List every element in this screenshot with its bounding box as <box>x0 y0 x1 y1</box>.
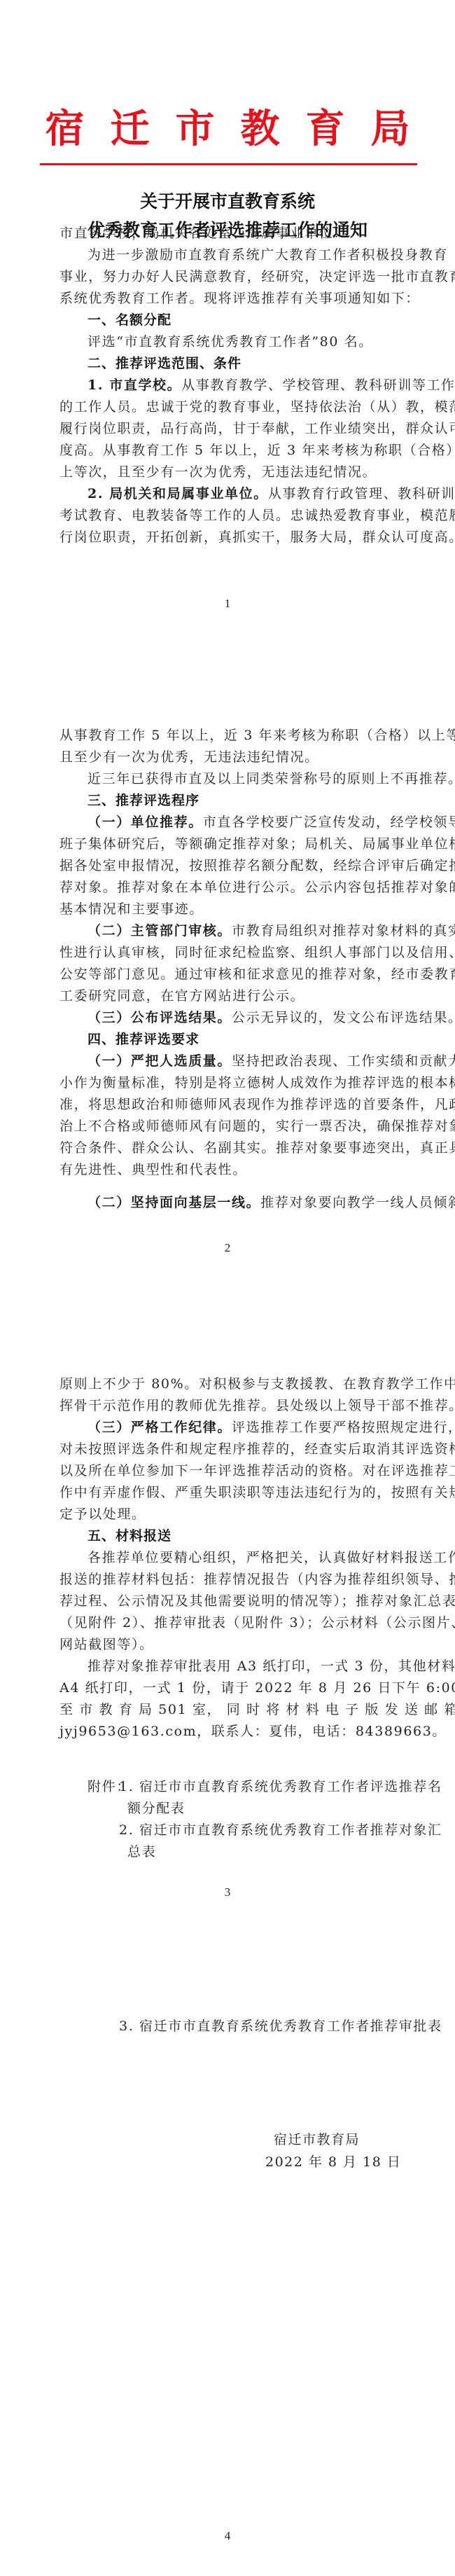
intro-line: 为进一步激励市直教育系统广大教育工作者积极投身教育 <box>87 244 397 266</box>
materials-line: 报送的推荐材料包括：推荐情况报告（内容为推荐组织领导、推 <box>59 1569 397 1591</box>
quota-text: 评选“市直教育系统优秀教育工作者”80 名。 <box>87 331 397 353</box>
scope-item-2-line: 考试教育、电教装备等工作的人员。忠诚热爱教育事业，模范履 <box>59 505 397 527</box>
scope-item-2-text: 从事教育行政管理、教科研训、 <box>268 486 455 501</box>
section-heading-scope: 二、推荐评选范围、条件 <box>87 353 397 375</box>
materials-line: 各推荐单位要精心组织，严格把关，认真做好材料报送工作。 <box>87 1547 397 1569</box>
requirement-2-line: 挥骨干示范作用的教师优先推荐。县处级以上领导干部不推荐。 <box>59 1395 397 1417</box>
procedure-step-3-label: （三）公布评选结果。 <box>87 1010 232 1025</box>
procedure-step-2-label: （二）主管部门审核。 <box>87 923 232 939</box>
contact-email-text: jyj9653@163.com，联系人：夏伟，电话：84389663。 <box>59 1724 447 1739</box>
requirement-3-line: 定予以处理。 <box>59 1504 397 1525</box>
procedure-step-3-text: 公示无异议的，发文公布评选结果。 <box>232 1010 455 1025</box>
honor-note: 近三年已获得市直及以上同类荣誉称号的原则上不再推荐。 <box>87 768 397 790</box>
requirement-2-line: （二）坚持面向基层一线。推荐对象要向教学一线人员倾斜， <box>87 1192 397 1214</box>
requirement-3-line: 以及所在单位参加下一年评选推荐活动的资格。对在评选推荐工 <box>59 1460 397 1482</box>
submission-line: 推荐对象推荐审批表用 A3 纸打印，一式 3 份，其他材料用 <box>87 1656 397 1677</box>
procedure-step-1-text: 市直各学校要广泛宣传发动，经学校领导 <box>203 815 455 830</box>
page-number: 3 <box>0 1885 455 1899</box>
attachment-item-3: 3. 宿迁市市直教育系统优秀教育工作者推荐审批表 <box>119 2016 397 2037</box>
materials-line: （见附件 2）、推荐审批表（见附件 3）；公示材料（公示图片、 <box>59 1612 397 1634</box>
requirement-1-label: （一）严把人选质量。 <box>87 1053 232 1069</box>
procedure-step-1-line: 据各处室申报情况，按照推荐名额分配数，经综合评审后确定推 <box>59 855 397 877</box>
intro-line: 系统优秀教育工作者。现将评选推荐有关事项通知如下： <box>59 288 397 310</box>
intro-line: 事业，努力办好人民满意教育，经研究，决定评选一批市直教育 <box>59 266 397 288</box>
page-number: 4 <box>0 2529 455 2543</box>
salutation: 市直各学校，局机关各处室、局属事业单位： <box>59 223 397 244</box>
scope-item-1-line: 上等次，且至少有一次为优秀，无违法违纪情况。 <box>59 462 397 483</box>
page-number: 2 <box>0 1241 455 1255</box>
submission-contact-line: jyj9653@163.com，联系人：夏伟，电话：84389663。 <box>59 1721 397 1743</box>
requirement-1-line: （一）严把人选质量。坚持把政治表现、工作实绩和贡献大 <box>87 1051 397 1072</box>
procedure-step-3-line: （三）公布评选结果。公示无异议的，发文公布评选结果。 <box>87 1007 397 1029</box>
letterhead-org-name: 宿迁市教育局 <box>0 105 455 153</box>
requirement-3-text: 评选推荐工作要严格按照规定进行， <box>232 1420 455 1435</box>
requirement-3-line: （三）严格工作纪律。评选推荐工作要严格按照规定进行， <box>87 1417 397 1439</box>
scope-item-2-line: 从事教育工作 5 年以上，近 3 年来考核为称职（合格）以上等次， <box>59 725 397 747</box>
requirement-3-line: 作中有弄虚作假、严重失职渎职等违法违纪行为的，按照有关规 <box>59 1482 397 1504</box>
attachment-item-1: 1. 宿迁市市直教育系统优秀教育工作者评选推荐名 <box>119 1776 397 1798</box>
attachment-item-2-cont: 总表 <box>127 1841 405 1863</box>
requirement-3-line: 对未按照评选条件和规定程序推荐的，经查实后取消其评选资格 <box>59 1439 397 1460</box>
procedure-step-1-label: （一）单位推荐。 <box>87 815 203 830</box>
scope-item-1-line: 1. 市直学校。从事教育教学、学校管理、教科研训等工作 <box>87 375 397 396</box>
procedure-step-1-line: （一）单位推荐。市直各学校要广泛宣传发动，经学校领导 <box>87 812 397 833</box>
procedure-step-2-line: 性进行认真审核，同时征求纪检监察、组织人事部门以及信用、 <box>59 942 397 964</box>
section-heading-requirements: 四、推荐评选要求 <box>87 1029 397 1051</box>
procedure-step-2-line: 工委研究同意，在官方网站进行公示。 <box>59 985 397 1007</box>
requirement-2-label: （二）坚持面向基层一线。 <box>87 1195 260 1210</box>
section-heading-quota: 一、名额分配 <box>87 310 397 331</box>
scope-item-2-line: 2. 局机关和局属事业单位。从事教育行政管理、教科研训、 <box>87 483 397 505</box>
materials-line: 网站截图等）。 <box>59 1634 397 1656</box>
procedure-step-1-line: 荐对象。推荐对象在本单位进行公示。公示内容包括推荐对象的 <box>59 877 397 899</box>
scope-item-1-label: 1. 市直学校。 <box>87 378 181 393</box>
requirement-1-line: 治上不合格或师德师风有问题的，实行一票否决，确保推荐对象 <box>59 1116 397 1137</box>
requirement-1-line: 有先进性、典型性和代表性。 <box>59 1159 397 1181</box>
signature-date: 2022 年 8 月 18 日 <box>265 2152 401 2170</box>
procedure-step-1-line: 基本情况和主要事迹。 <box>59 899 397 920</box>
requirement-1-line: 小作为衡量标准，特别是将立德树人成效作为推荐评选的根本标 <box>59 1072 397 1094</box>
scope-item-2-line: 行岗位职责，开拓创新，真抓实干，服务大局，群众认可度高。 <box>59 527 397 548</box>
procedure-step-1-line: 班子集体研究后，等额确定推荐对象；局机关、局属事业单位根 <box>59 833 397 855</box>
requirement-2-line: 原则上不少于 80%。对积极参与支教援教、在教育教学工作中发 <box>59 1373 397 1395</box>
letterhead-red-divider <box>40 163 417 165</box>
materials-line: 荐过程、公示情况及其他需要说明的情况等）；推荐对象汇总表 <box>59 1591 397 1612</box>
signature-organization: 宿迁市教育局 <box>274 2129 360 2148</box>
attachment-item-1-cont: 额分配表 <box>127 1798 405 1820</box>
submission-line: A4 纸打印，一式 1 份，请于 2022 年 8 月 26 日下午 6:00 … <box>59 1677 397 1699</box>
procedure-step-2-line: 公安等部门意见。通过审核和征求意见的推荐对象，经市委教育 <box>59 964 397 985</box>
scope-item-1-text: 从事教育教学、学校管理、教科研训等工作 <box>181 378 455 393</box>
scope-item-1-line: 度高。从事教育工作 5 年以上，近 3 年来考核为称职（合格）以 <box>59 440 397 462</box>
page-number: 1 <box>0 597 455 611</box>
scope-item-1-line: 履行岗位职责，品行高尚，甘于奉献，工作业绩突出，群众认可 <box>59 418 397 440</box>
procedure-step-2-text: 市教育局组织对推荐对象材料的真实 <box>232 923 455 939</box>
requirement-3-label: （三）严格工作纪律。 <box>87 1420 232 1435</box>
scope-item-2-line: 且至少有一次为优秀，无违法违纪情况。 <box>59 747 397 768</box>
requirement-1-line: 符合条件、群众公认、名副其实。推荐对象要事迹突出，真正具 <box>59 1137 397 1159</box>
attachment-item-2: 2. 宿迁市市直教育系统优秀教育工作者推荐对象汇 <box>119 1820 397 1841</box>
requirement-2-text: 推荐对象要向教学一线人员倾斜， <box>260 1195 455 1210</box>
scope-item-2-label: 2. 局机关和局属事业单位。 <box>87 486 268 501</box>
requirement-1-text: 坚持把政治表现、工作实绩和贡献大 <box>232 1053 455 1069</box>
section-heading-materials: 五、材料报送 <box>87 1525 397 1547</box>
document-title-line1: 关于开展市直教育系统 <box>0 188 455 216</box>
requirement-1-line: 准，将思想政治和师德师风表现作为推荐评选的首要条件，凡政 <box>59 1094 397 1116</box>
scope-item-1-line: 的工作人员。忠诚于党的教育事业，坚持依法治（从）教，模范 <box>59 396 397 418</box>
procedure-step-2-line: （二）主管部门审核。市教育局组织对推荐对象材料的真实 <box>87 920 397 942</box>
section-heading-procedure: 三、推荐评选程序 <box>87 790 397 812</box>
submission-line: 至 市 教 育 局 501 室， 同 时 将 材 料 电 子 版 发 送 邮 箱… <box>59 1699 397 1721</box>
